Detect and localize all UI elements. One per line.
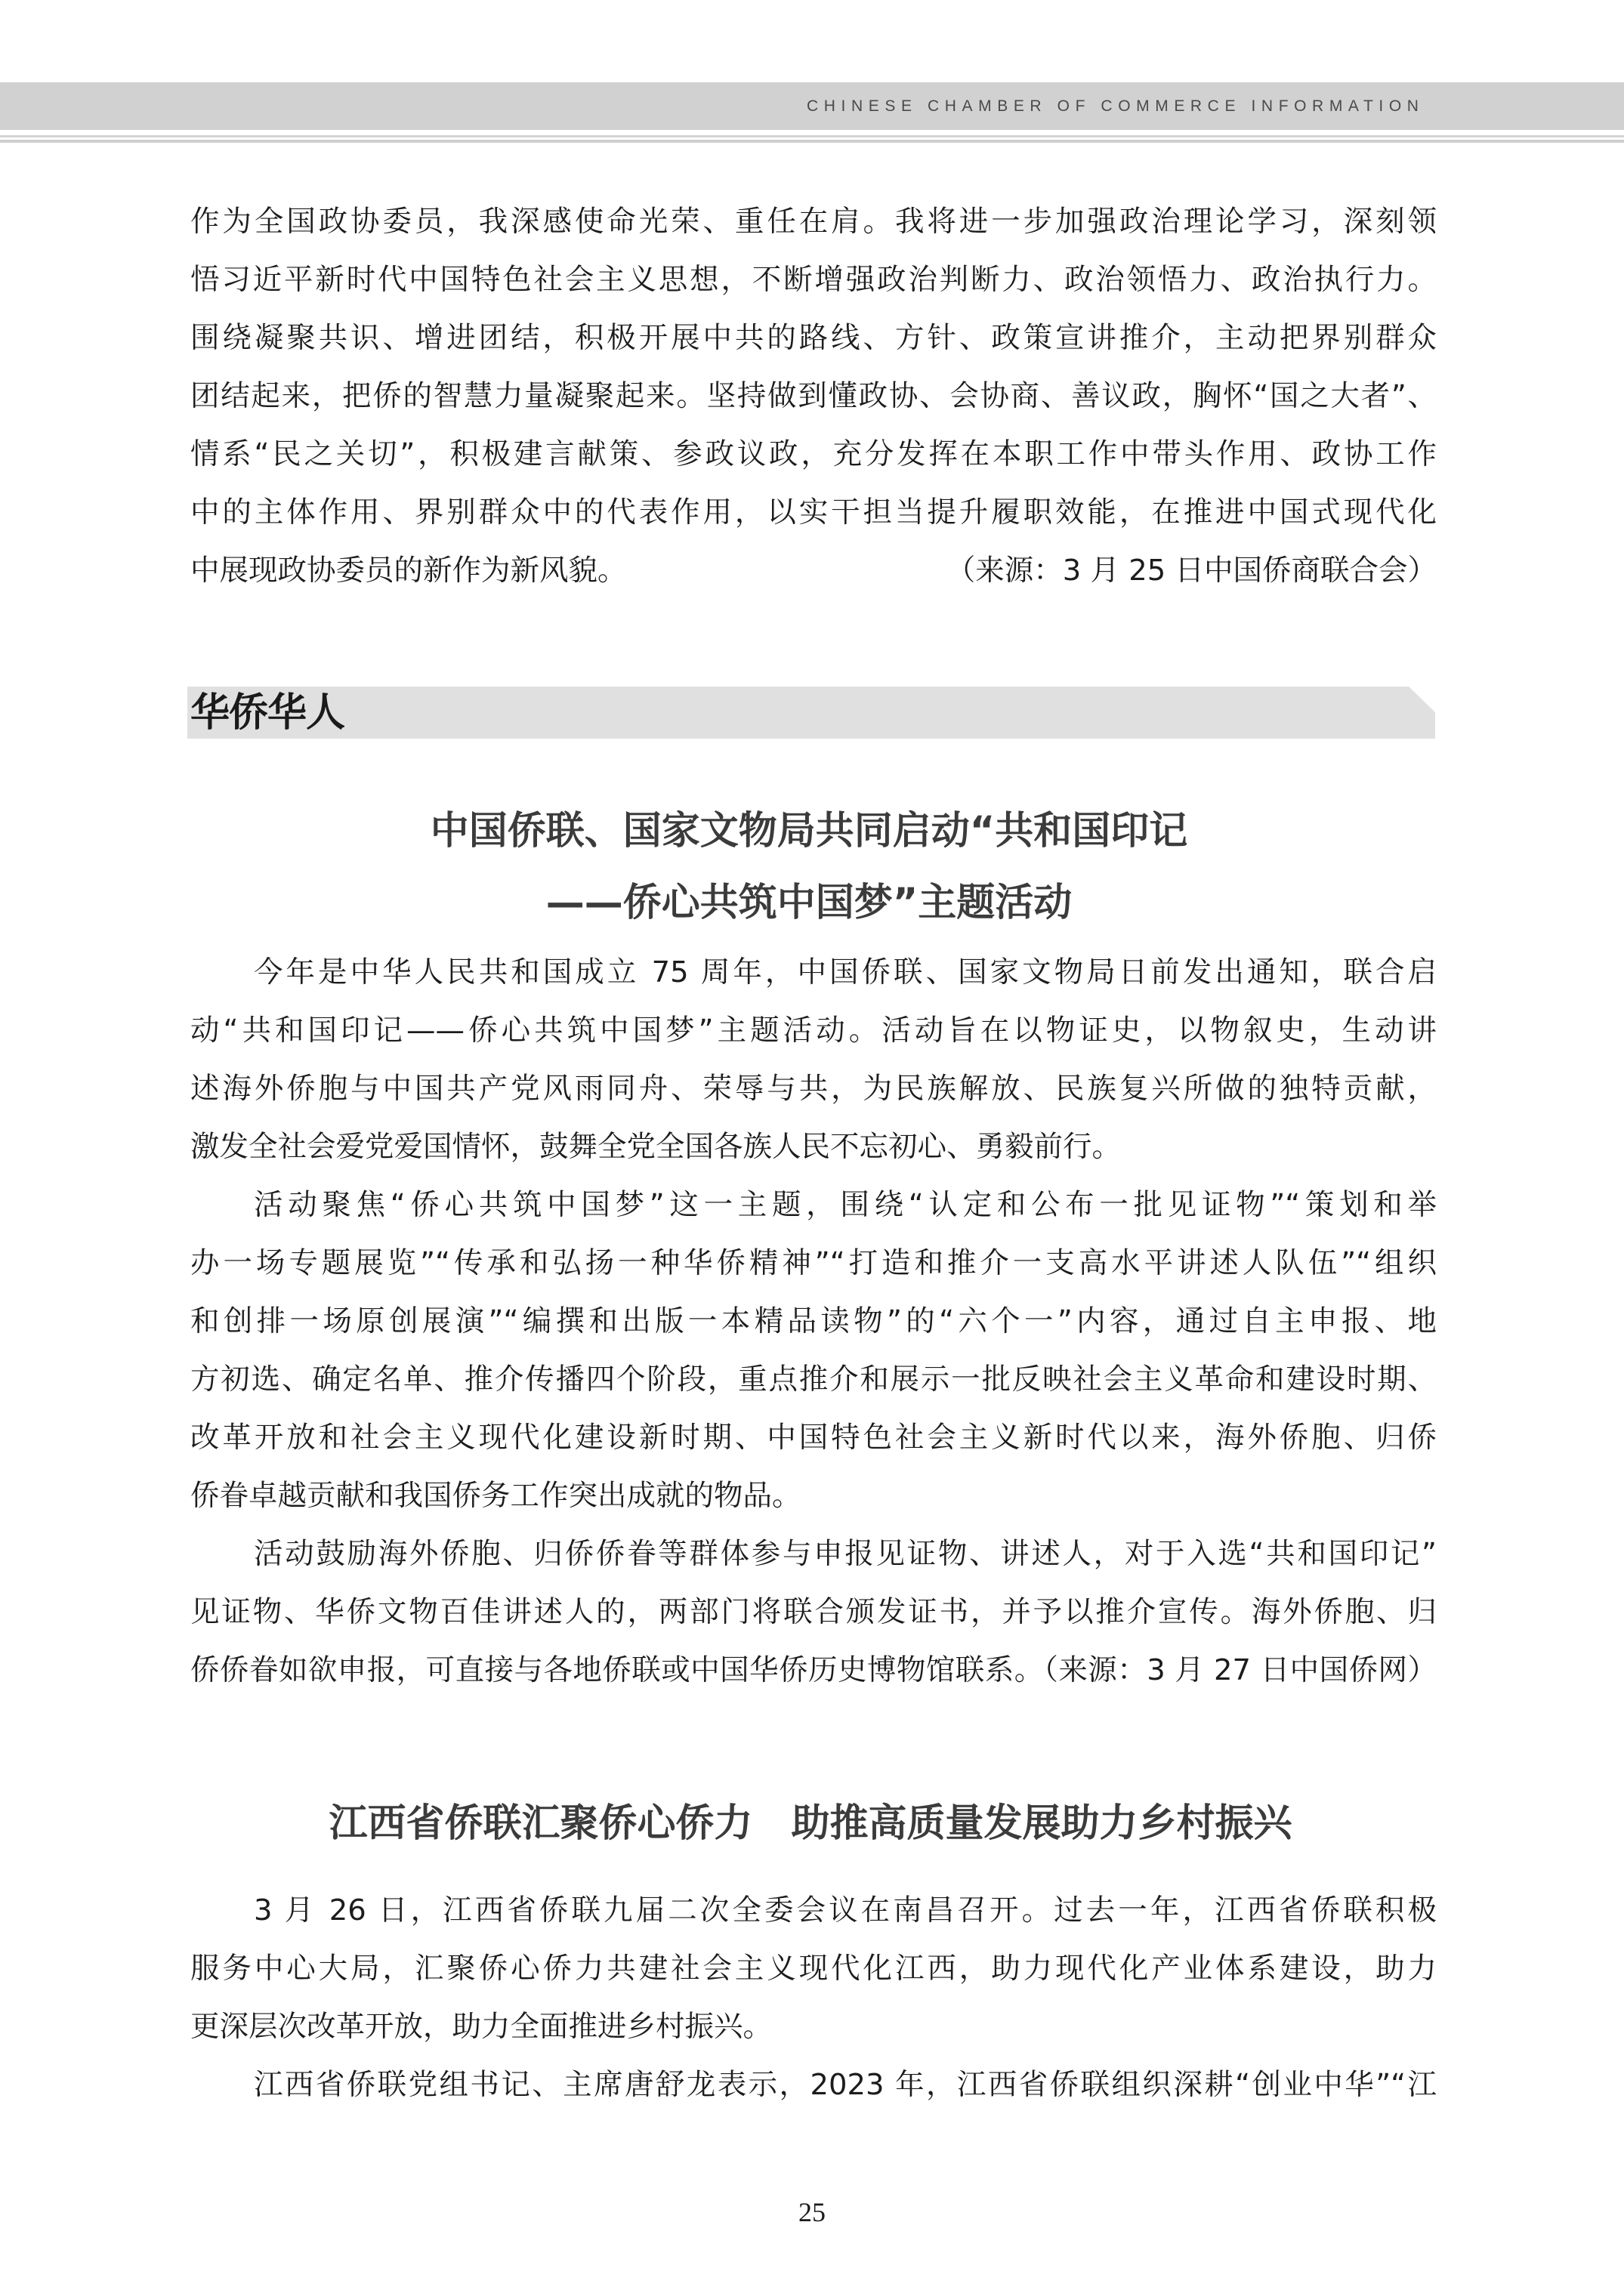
header-rule — [0, 135, 1624, 137]
section-header-band — [187, 687, 1435, 739]
body-text: 中展现政协委员的新作为新风貌。 — [190, 554, 627, 588]
body-line: 情系“民之关切”，积极建言献策、参政议政，充分发挥在本职工作中带头作用、政协工作 — [190, 437, 1437, 473]
header-rule — [0, 140, 1624, 143]
body-line: 述海外侨胞与中国共产党风雨同舟、荣辱与共，为民族解放、民族复兴所做的独特贡献， — [190, 1071, 1437, 1107]
source-citation: （来源：3 月 25 日中国侨商联合会） — [946, 553, 1437, 589]
body-line: 改革开放和社会主义现代化建设新时期、中国特色社会主义新时代以来，海外侨胞、归侨 — [190, 1420, 1437, 1456]
body-line: 动“共和国印记——侨心共筑中国梦”主题活动。活动旨在以物证史，以物叙史，生动讲 — [190, 1013, 1437, 1049]
body-line: 和创排一场原创展演”“编撰和出版一本精品读物”的“六个一”内容，通过自主申报、地 — [190, 1304, 1437, 1340]
page-number: 25 — [755, 2196, 869, 2228]
article-title-line2: ——侨心共筑中国梦”主题活动 — [0, 879, 1621, 927]
body-line: 更深层次改革开放，助力全面推进乡村振兴。 — [190, 2009, 1437, 2045]
body-line: 激发全社会爱党爱国情怀，鼓舞全党全国各族人民不忘初心、勇毅前行。 — [190, 1129, 1437, 1165]
body-line-last: 中展现政协委员的新作为新风貌。 （来源：3 月 25 日中国侨商联合会） — [190, 553, 1437, 589]
body-line: 活动鼓励海外侨胞、归侨侨眷等群体参与申报见证物、讲述人，对于入选“共和国印记” — [254, 1536, 1437, 1572]
publication-title: CHINESE CHAMBER OF COMMERCE INFORMATION — [807, 97, 1422, 116]
body-line: 见证物、华侨文物百佳讲述人的，两部门将联合颁发证书，并予以推介宣传。海外侨胞、归 — [190, 1594, 1437, 1631]
body-line: 方初选、确定名单、推介传播四个阶段，重点推介和展示一批反映社会主义革命和建设时期… — [190, 1362, 1437, 1398]
section-title: 华侨华人 — [190, 689, 344, 737]
body-line: 3 月 26 日，江西省侨联九届二次全委会议在南昌召开。过去一年，江西省侨联积极 — [254, 1893, 1437, 1929]
article-title-line1: 中国侨联、国家文物局共同启动“共和国印记 — [0, 807, 1621, 856]
body-line: 办一场专题展览”“传承和弘扬一种华侨精神”“打造和推介一支高水平讲述人队伍”“组… — [190, 1245, 1437, 1282]
body-line: 服务中心大局，汇聚侨心侨力共建社会主义现代化江西，助力现代化产业体系建设，助力 — [190, 1951, 1437, 1987]
body-line: 侨眷卓越贡献和我国侨务工作突出成就的物品。 — [190, 1478, 1437, 1514]
body-line: 江西省侨联党组书记、主席唐舒龙表示，2023 年，江西省侨联组织深耕“创业中华”… — [254, 2067, 1437, 2103]
body-line: 活动聚焦“侨心共筑中国梦”这一主题，围绕“认定和公布一批见证物”“策划和举 — [254, 1187, 1437, 1224]
body-line: 中的主体作用、界别群众中的代表作用，以实干担当提升履职效能，在推进中国式现代化 — [190, 495, 1437, 531]
body-line: 侨侨眷如欲申报，可直接与各地侨联或中国华侨历史博物馆联系。（来源：3 月 27 … — [190, 1653, 1437, 1689]
body-line: 作为全国政协委员，我深感使命光荣、重任在肩。我将进一步加强政治理论学习，深刻领 — [190, 204, 1437, 240]
article-title: 江西省侨联汇聚侨心侨力 助推高质量发展助力乡村振兴 — [0, 1800, 1622, 1848]
body-line: 团结起来，把侨的智慧力量凝聚起来。坚持做到懂政协、会协商、善议政，胸怀“国之大者… — [190, 378, 1437, 415]
body-line: 围绕凝聚共识、增进团结，积极开展中共的路线、方针、政策宣讲推介，主动把界别群众 — [190, 320, 1437, 356]
body-line: 今年是中华人民共和国成立 75 周年，中国侨联、国家文物局日前发出通知，联合启 — [254, 955, 1437, 991]
body-line: 悟习近平新时代中国特色社会主义思想，不断增强政治判断力、政治领悟力、政治执行力。 — [190, 262, 1437, 298]
